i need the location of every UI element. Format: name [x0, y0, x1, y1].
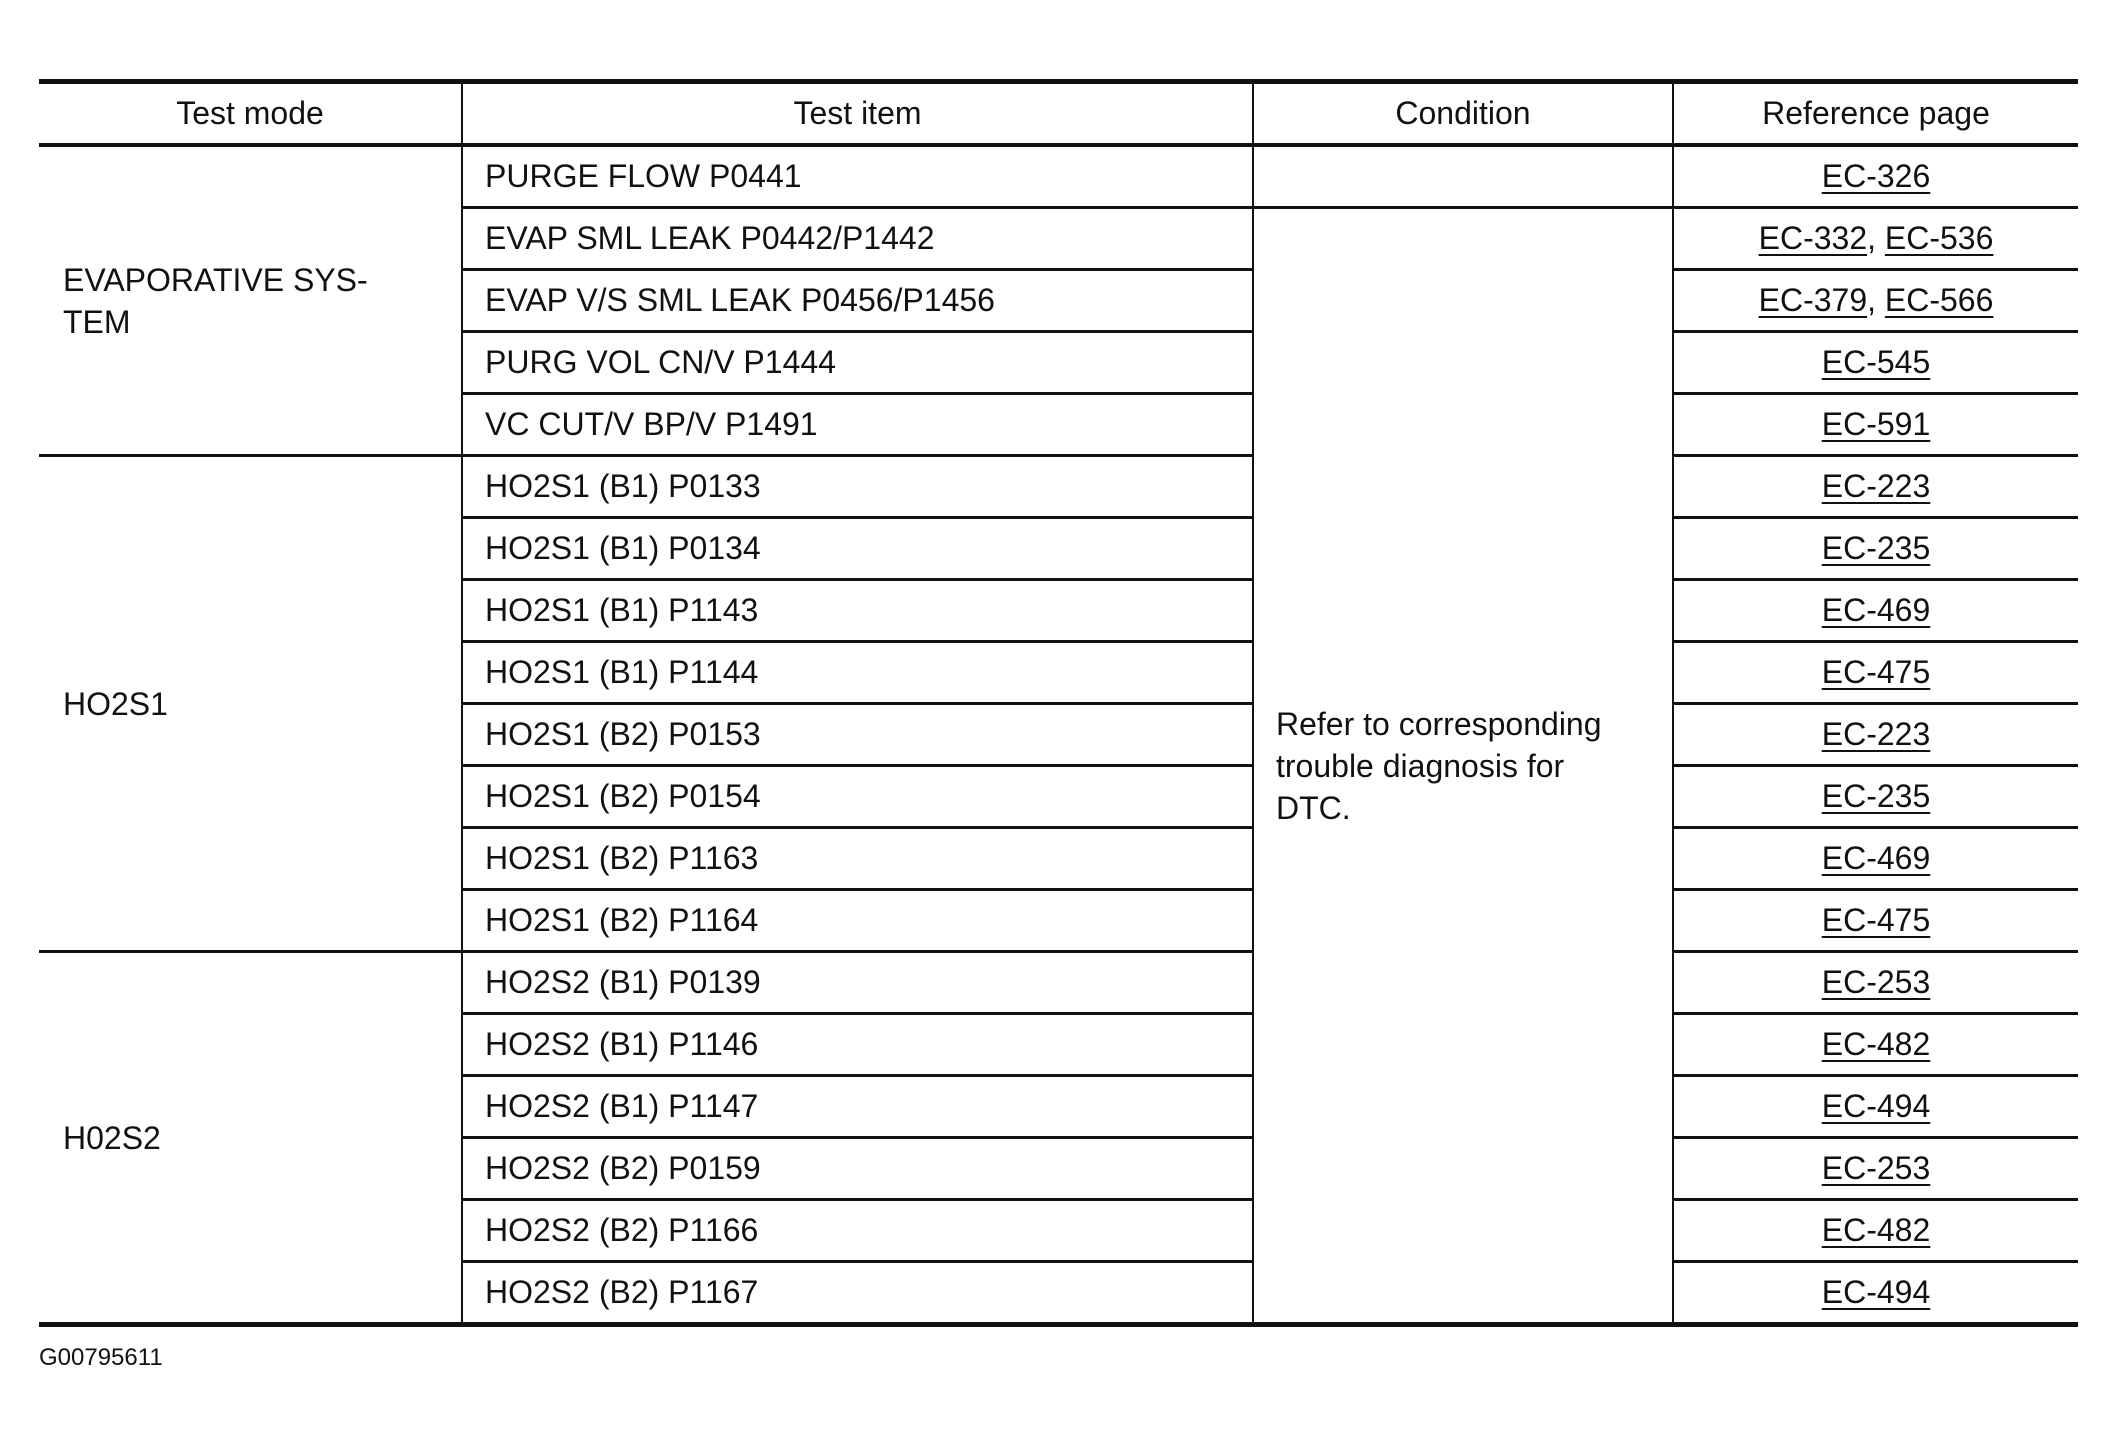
test-item-cell: HO2S1 (B1) P1143 [462, 580, 1253, 642]
reference-page-cell: EC-494 [1673, 1262, 2078, 1325]
reference-page-link[interactable]: EC-253 [1822, 964, 1931, 1000]
test-item-cell: HO2S1 (B1) P1144 [462, 642, 1253, 704]
condition-cell-empty [1253, 145, 1673, 208]
test-item-cell: HO2S1 (B2) P1163 [462, 828, 1253, 890]
test-item-cell: EVAP SML LEAK P0442/P1442 [462, 208, 1253, 270]
dtc-reference-table: Test mode Test item Condition Reference … [39, 79, 2078, 1327]
reference-page-cell: EC-235 [1673, 766, 2078, 828]
figure-id: G00795611 [39, 1344, 163, 1372]
reference-page-cell: EC-332, EC-536 [1673, 208, 2078, 270]
reference-page-cell: EC-494 [1673, 1076, 2078, 1138]
reference-page-cell: EC-235 [1673, 518, 2078, 580]
reference-page-link[interactable]: EC-482 [1822, 1026, 1931, 1062]
test-item-cell: HO2S2 (B2) P1166 [462, 1200, 1253, 1262]
table-body: EVAPORATIVE SYS- TEMPURGE FLOW P0441EC-3… [39, 145, 2078, 1325]
header-test-mode: Test mode [39, 82, 462, 146]
reference-page-cell: EC-223 [1673, 704, 2078, 766]
reference-page-cell: EC-469 [1673, 828, 2078, 890]
reference-page-link[interactable]: EC-253 [1822, 1150, 1931, 1186]
condition-cell-merged: Refer to corresponding trouble diagnosis… [1253, 208, 1673, 1325]
reference-page-link[interactable]: EC-494 [1822, 1088, 1931, 1124]
reference-page-cell: EC-591 [1673, 394, 2078, 456]
reference-page-cell: EC-469 [1673, 580, 2078, 642]
reference-page-cell: EC-545 [1673, 332, 2078, 394]
test-mode-cell: HO2S1 [39, 456, 462, 952]
test-item-cell: HO2S2 (B1) P1147 [462, 1076, 1253, 1138]
header-reference-page: Reference page [1673, 82, 2078, 146]
test-item-cell: VC CUT/V BP/V P1491 [462, 394, 1253, 456]
table-row: HO2S1HO2S1 (B1) P0133EC-223 [39, 456, 2078, 518]
test-item-cell: HO2S1 (B2) P0153 [462, 704, 1253, 766]
reference-page-link[interactable]: EC-469 [1822, 592, 1931, 628]
test-item-cell: HO2S1 (B2) P0154 [462, 766, 1253, 828]
reference-page-link[interactable]: EC-591 [1822, 406, 1931, 442]
reference-page-link[interactable]: EC-379 [1759, 282, 1868, 318]
test-mode-cell: H02S2 [39, 952, 462, 1325]
reference-page-link[interactable]: EC-536 [1885, 220, 1994, 256]
reference-page-link[interactable]: EC-566 [1885, 282, 1994, 318]
reference-page-link[interactable]: EC-235 [1822, 530, 1931, 566]
test-item-cell: HO2S2 (B1) P1146 [462, 1014, 1253, 1076]
reference-page-link[interactable]: EC-475 [1822, 654, 1931, 690]
reference-page-link[interactable]: EC-475 [1822, 902, 1931, 938]
reference-page-link[interactable]: EC-332 [1759, 220, 1868, 256]
reference-page-cell: EC-223 [1673, 456, 2078, 518]
header-condition: Condition [1253, 82, 1673, 146]
test-item-cell: PURGE FLOW P0441 [462, 145, 1253, 208]
reference-page-link[interactable]: EC-223 [1822, 468, 1931, 504]
table-row: EVAPORATIVE SYS- TEMPURGE FLOW P0441EC-3… [39, 145, 2078, 208]
test-item-cell: HO2S2 (B2) P1167 [462, 1262, 1253, 1325]
reference-page-link[interactable]: EC-223 [1822, 716, 1931, 752]
reference-page-link[interactable]: EC-469 [1822, 840, 1931, 876]
test-item-cell: HO2S1 (B2) P1164 [462, 890, 1253, 952]
header-test-item: Test item [462, 82, 1253, 146]
table-header-row: Test mode Test item Condition Reference … [39, 82, 2078, 146]
test-item-cell: HO2S2 (B1) P0139 [462, 952, 1253, 1014]
reference-page-cell: EC-475 [1673, 890, 2078, 952]
reference-separator: , [1867, 220, 1885, 256]
test-item-cell: HO2S1 (B1) P0134 [462, 518, 1253, 580]
reference-page-cell: EC-379, EC-566 [1673, 270, 2078, 332]
reference-page-link[interactable]: EC-545 [1822, 344, 1931, 380]
reference-page-link[interactable]: EC-494 [1822, 1274, 1931, 1310]
reference-page-link[interactable]: EC-326 [1822, 158, 1931, 194]
test-item-cell: HO2S1 (B1) P0133 [462, 456, 1253, 518]
test-item-cell: EVAP V/S SML LEAK P0456/P1456 [462, 270, 1253, 332]
test-item-cell: PURG VOL CN/V P1444 [462, 332, 1253, 394]
reference-page-cell: EC-475 [1673, 642, 2078, 704]
reference-page-link[interactable]: EC-235 [1822, 778, 1931, 814]
reference-page-cell: EC-253 [1673, 1138, 2078, 1200]
reference-page-cell: EC-253 [1673, 952, 2078, 1014]
reference-separator: , [1867, 282, 1885, 318]
reference-page-cell: EC-326 [1673, 145, 2078, 208]
reference-page-cell: EC-482 [1673, 1200, 2078, 1262]
reference-page-link[interactable]: EC-482 [1822, 1212, 1931, 1248]
test-item-cell: HO2S2 (B2) P0159 [462, 1138, 1253, 1200]
test-mode-cell: EVAPORATIVE SYS- TEM [39, 145, 462, 456]
table-row: H02S2HO2S2 (B1) P0139EC-253 [39, 952, 2078, 1014]
reference-page-cell: EC-482 [1673, 1014, 2078, 1076]
